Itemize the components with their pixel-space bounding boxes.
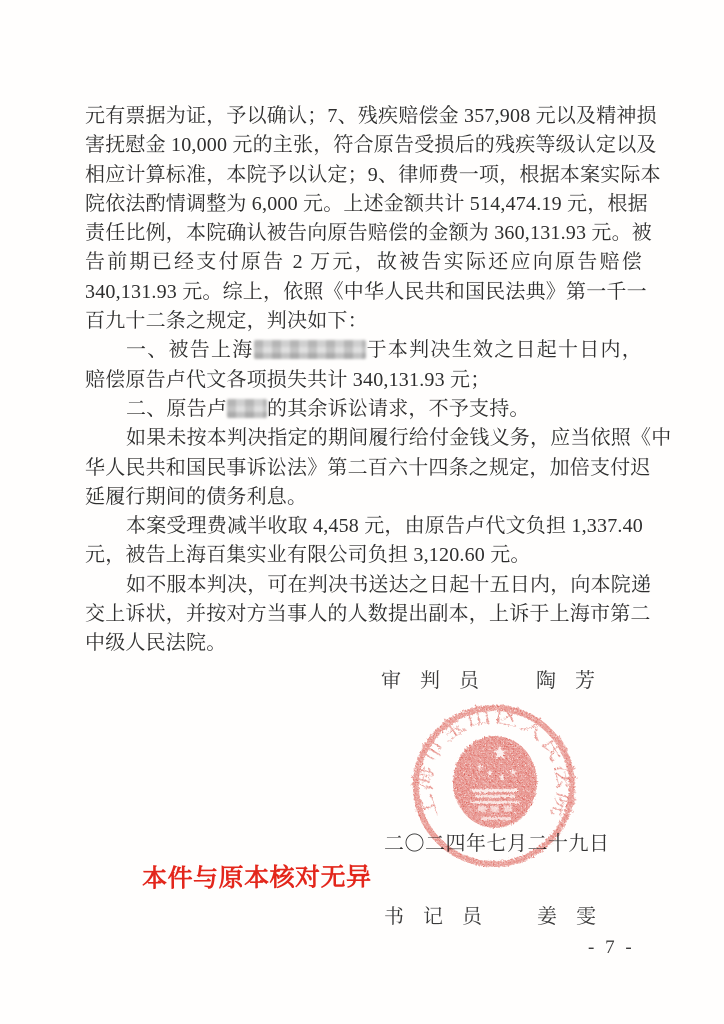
text-line: 元有票据为证，予以确认；7、残疾赔偿金 357,908 元以及精神损 [85,102,642,131]
redaction-blur [254,340,366,359]
text-line: 元，被告上海百集实业有限公司负担 3,120.60 元。 [85,541,642,570]
page-number: - 7 - [588,937,635,959]
svg-text:★: ★ [498,773,506,783]
text-segment: 于本判决生效之日起十日内， [366,339,642,361]
text-line: 责任比例，本院确认被告向原告赔偿的金额为 360,131.93 元。被 [85,219,642,248]
svg-text:★: ★ [476,763,484,773]
national-emblem-icon: ★ ★ ★ ★ ★ [453,736,537,828]
text-line: 二、原告卢的其余诉讼请求，不予支持。 [85,395,642,424]
judgment-body: 元有票据为证，予以确认；7、残疾赔偿金 357,908 元以及精神损 害抚慰金 … [85,102,642,659]
text-line: 延履行期间的债务利息。 [85,483,642,512]
text-line: 340,131.93 元。综上，依照《中华人民共和国民法典》第一千一 [85,278,642,307]
text-line: 相应计算标准，本院予以认定；9、律师费一项，根据本案实际本 [85,161,642,190]
text-segment: 一、被告上海 [126,339,254,361]
text-line: 院依法酌情调整为 6,000 元。上述金额共计 514,474.19 元，根据 [85,190,642,219]
text-line: 一、被告上海于本判决生效之日起十日内， [85,336,642,365]
text-line: 如不服本判决，可在判决书送达之日起十五日内，向本院递 [85,571,642,600]
clerk-name: 姜 雯 [537,900,603,929]
court-seal: 上海市宝山区人民法院 ★ ★ ★ ★ ★ [408,701,579,872]
text-line: 告前期已经支付原告 2 万元，故被告实际还应向原告赔偿 [85,248,642,277]
text-segment: 二、原告卢 [126,398,227,420]
verification-stamp: 本件与原本核对无异 [142,857,372,895]
text-line: 害抚慰金 10,000 元的主张，符合原告受损后的残疾等级认定以及 [85,131,642,160]
svg-text:★: ★ [509,768,517,778]
text-line: 如果未按本判决指定的期间履行给付金钱义务，应当依照《中 [85,424,642,453]
text-line: 赔偿原告卢代文各项损失共计 340,131.93 元； [85,366,642,395]
court-seal-graphic: 上海市宝山区人民法院 ★ ★ ★ ★ ★ [408,701,579,872]
text-line: 百九十二条之规定，判决如下： [85,307,642,336]
judgment-page: 元有票据为证，予以确认；7、残疾赔偿金 357,908 元以及精神损 害抚慰金 … [0,0,724,1024]
text-segment: 的其余诉讼请求，不予支持。 [267,398,530,420]
judge-title: 审 判 员 [381,664,486,693]
svg-text:★: ★ [486,769,494,779]
text-line: 中级人民法院。 [85,629,642,658]
svg-text:★: ★ [491,742,508,764]
redaction-blur [227,399,267,418]
judge-name: 陶 芳 [536,664,602,693]
text-line: 本案受理费减半收取 4,458 元，由原告卢代文负担 1,337.40 [85,512,642,541]
text-line: 交上诉状，并按对方当事人的人数提出副本，上诉于上海市第二 [85,600,642,629]
text-line: 华人民共和国民事诉讼法》第二百六十四条之规定，加倍支付迟 [85,454,642,483]
clerk-title: 书 记 员 [384,900,489,929]
